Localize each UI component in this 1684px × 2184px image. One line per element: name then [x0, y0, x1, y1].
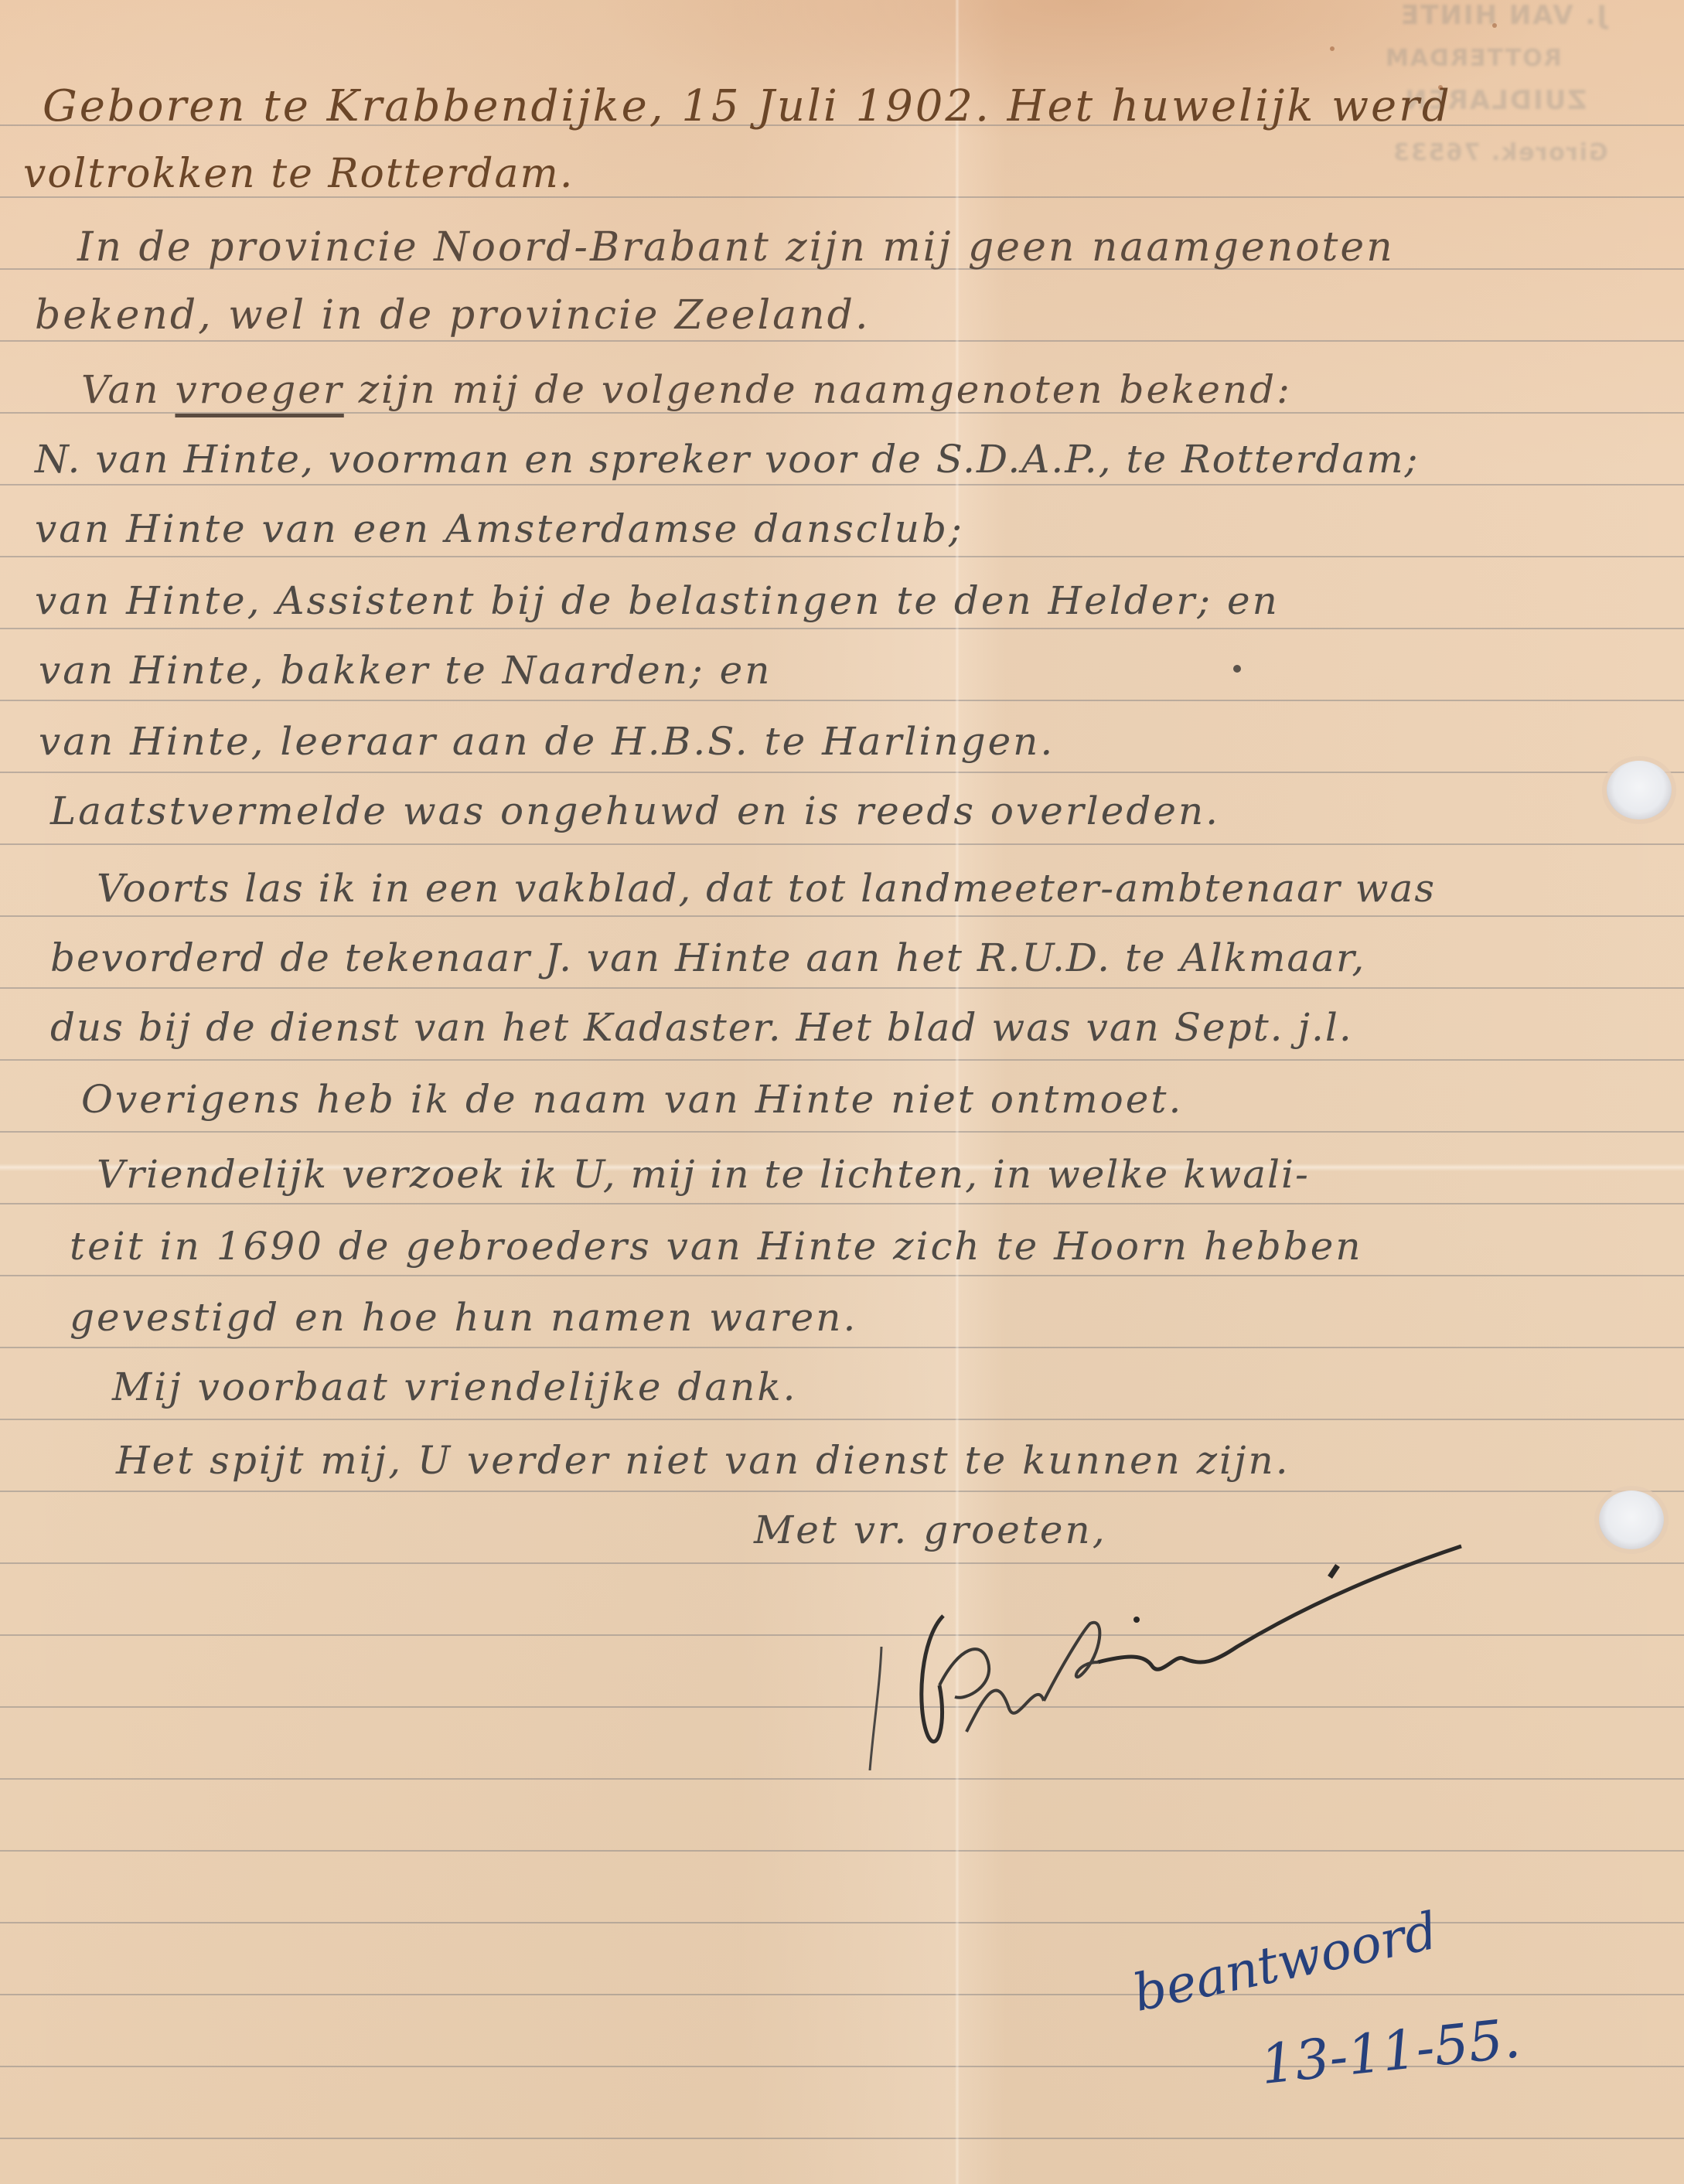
letter-line-11: Laatstvermelde was ongehuwd en is reeds …	[50, 789, 1220, 833]
ruled-line	[0, 1419, 1684, 1420]
ink-speck	[1233, 665, 1241, 673]
letter-line-3: In de provincie Noord-Brabant zijn mij g…	[77, 224, 1395, 271]
foxing-speck	[1492, 23, 1497, 28]
letterhead-bleed-giro: Girorek. 76533	[1392, 139, 1608, 166]
letterhead-bleed-name: J. VAN HINTE	[1399, 0, 1607, 31]
letter-line-12: Voorts las ik in een vakblad, dat tot la…	[97, 866, 1436, 911]
ruled-line	[0, 987, 1684, 989]
ruled-line	[0, 628, 1684, 629]
ruled-line	[0, 412, 1684, 414]
ruled-line	[0, 1347, 1684, 1348]
underlined-word-vroeger: vroeger	[175, 367, 343, 412]
ruled-line	[0, 1491, 1684, 1492]
letter-line-13: bevorderd de tekenaar J. van Hinte aan h…	[50, 935, 1365, 980]
ruled-line	[0, 1131, 1684, 1133]
ruled-line	[0, 1850, 1684, 1852]
ruled-line	[0, 843, 1684, 845]
letter-line-16: Vriendelijk verzoek ik U, mij in te lich…	[97, 1152, 1310, 1197]
letter-line-17: teit in 1690 de gebroeders van Hinte zic…	[70, 1224, 1363, 1269]
ruled-line	[0, 340, 1684, 342]
letter-line-6: N. van Hinte, voorman en spreker voor de…	[35, 437, 1420, 482]
letter-line-15: Overigens heb ik de naam van Hinte niet …	[81, 1077, 1183, 1122]
letter-line-1: Geboren te Krabbendijke, 15 Juli 1902. H…	[43, 81, 1452, 131]
ruled-line	[0, 772, 1684, 773]
ruled-line	[0, 700, 1684, 701]
letter-line-7: van Hinte van een Amsterdamse dansclub;	[35, 506, 964, 551]
ruled-line	[0, 1275, 1684, 1276]
letterhead-bleed-city: ROTTERDAM	[1384, 45, 1562, 72]
ruled-line	[0, 1994, 1684, 1995]
ruled-line	[0, 1203, 1684, 1204]
ruled-line	[0, 2138, 1684, 2139]
ruled-line	[0, 556, 1684, 557]
ruled-line	[0, 1778, 1684, 1780]
punch-hole-bottom	[1599, 1491, 1664, 1549]
letter-line-4: bekend, wel in de provincie Zeeland.	[35, 292, 871, 339]
foxing-speck	[1438, 85, 1443, 90]
letter-line-9: van Hinte, bakker te Naarden; en	[39, 648, 772, 693]
letter-line-2: voltrokken te Rotterdam.	[23, 151, 574, 197]
letter-line-18: gevestigd en hoe hun namen waren.	[70, 1295, 857, 1340]
signature	[851, 1538, 1515, 1770]
letter-line-8: van Hinte, Assistent bij de belastingen …	[35, 578, 1280, 623]
letter-line-20: Het spijt mij, U verder niet van dienst …	[116, 1438, 1290, 1483]
letter-line-5: Van vroeger zijn mij de volgende naamgen…	[81, 367, 1292, 412]
punch-hole-top	[1607, 761, 1672, 819]
foxing-speck	[1330, 46, 1335, 51]
ruled-line	[0, 915, 1684, 917]
letter-line-19: Mij voorbaat vriendelijke dank.	[112, 1365, 798, 1409]
ruled-line	[0, 1059, 1684, 1061]
letter-line-10: van Hinte, leeraar aan de H.B.S. te Harl…	[39, 719, 1055, 764]
letter-line-14: dus bij de dienst van het Kadaster. Het …	[50, 1005, 1353, 1050]
ruled-line	[0, 484, 1684, 486]
line-5-end: zijn mij de volgende naamgenoten bekend:	[359, 367, 1292, 412]
line-5-start: Van	[81, 367, 161, 412]
